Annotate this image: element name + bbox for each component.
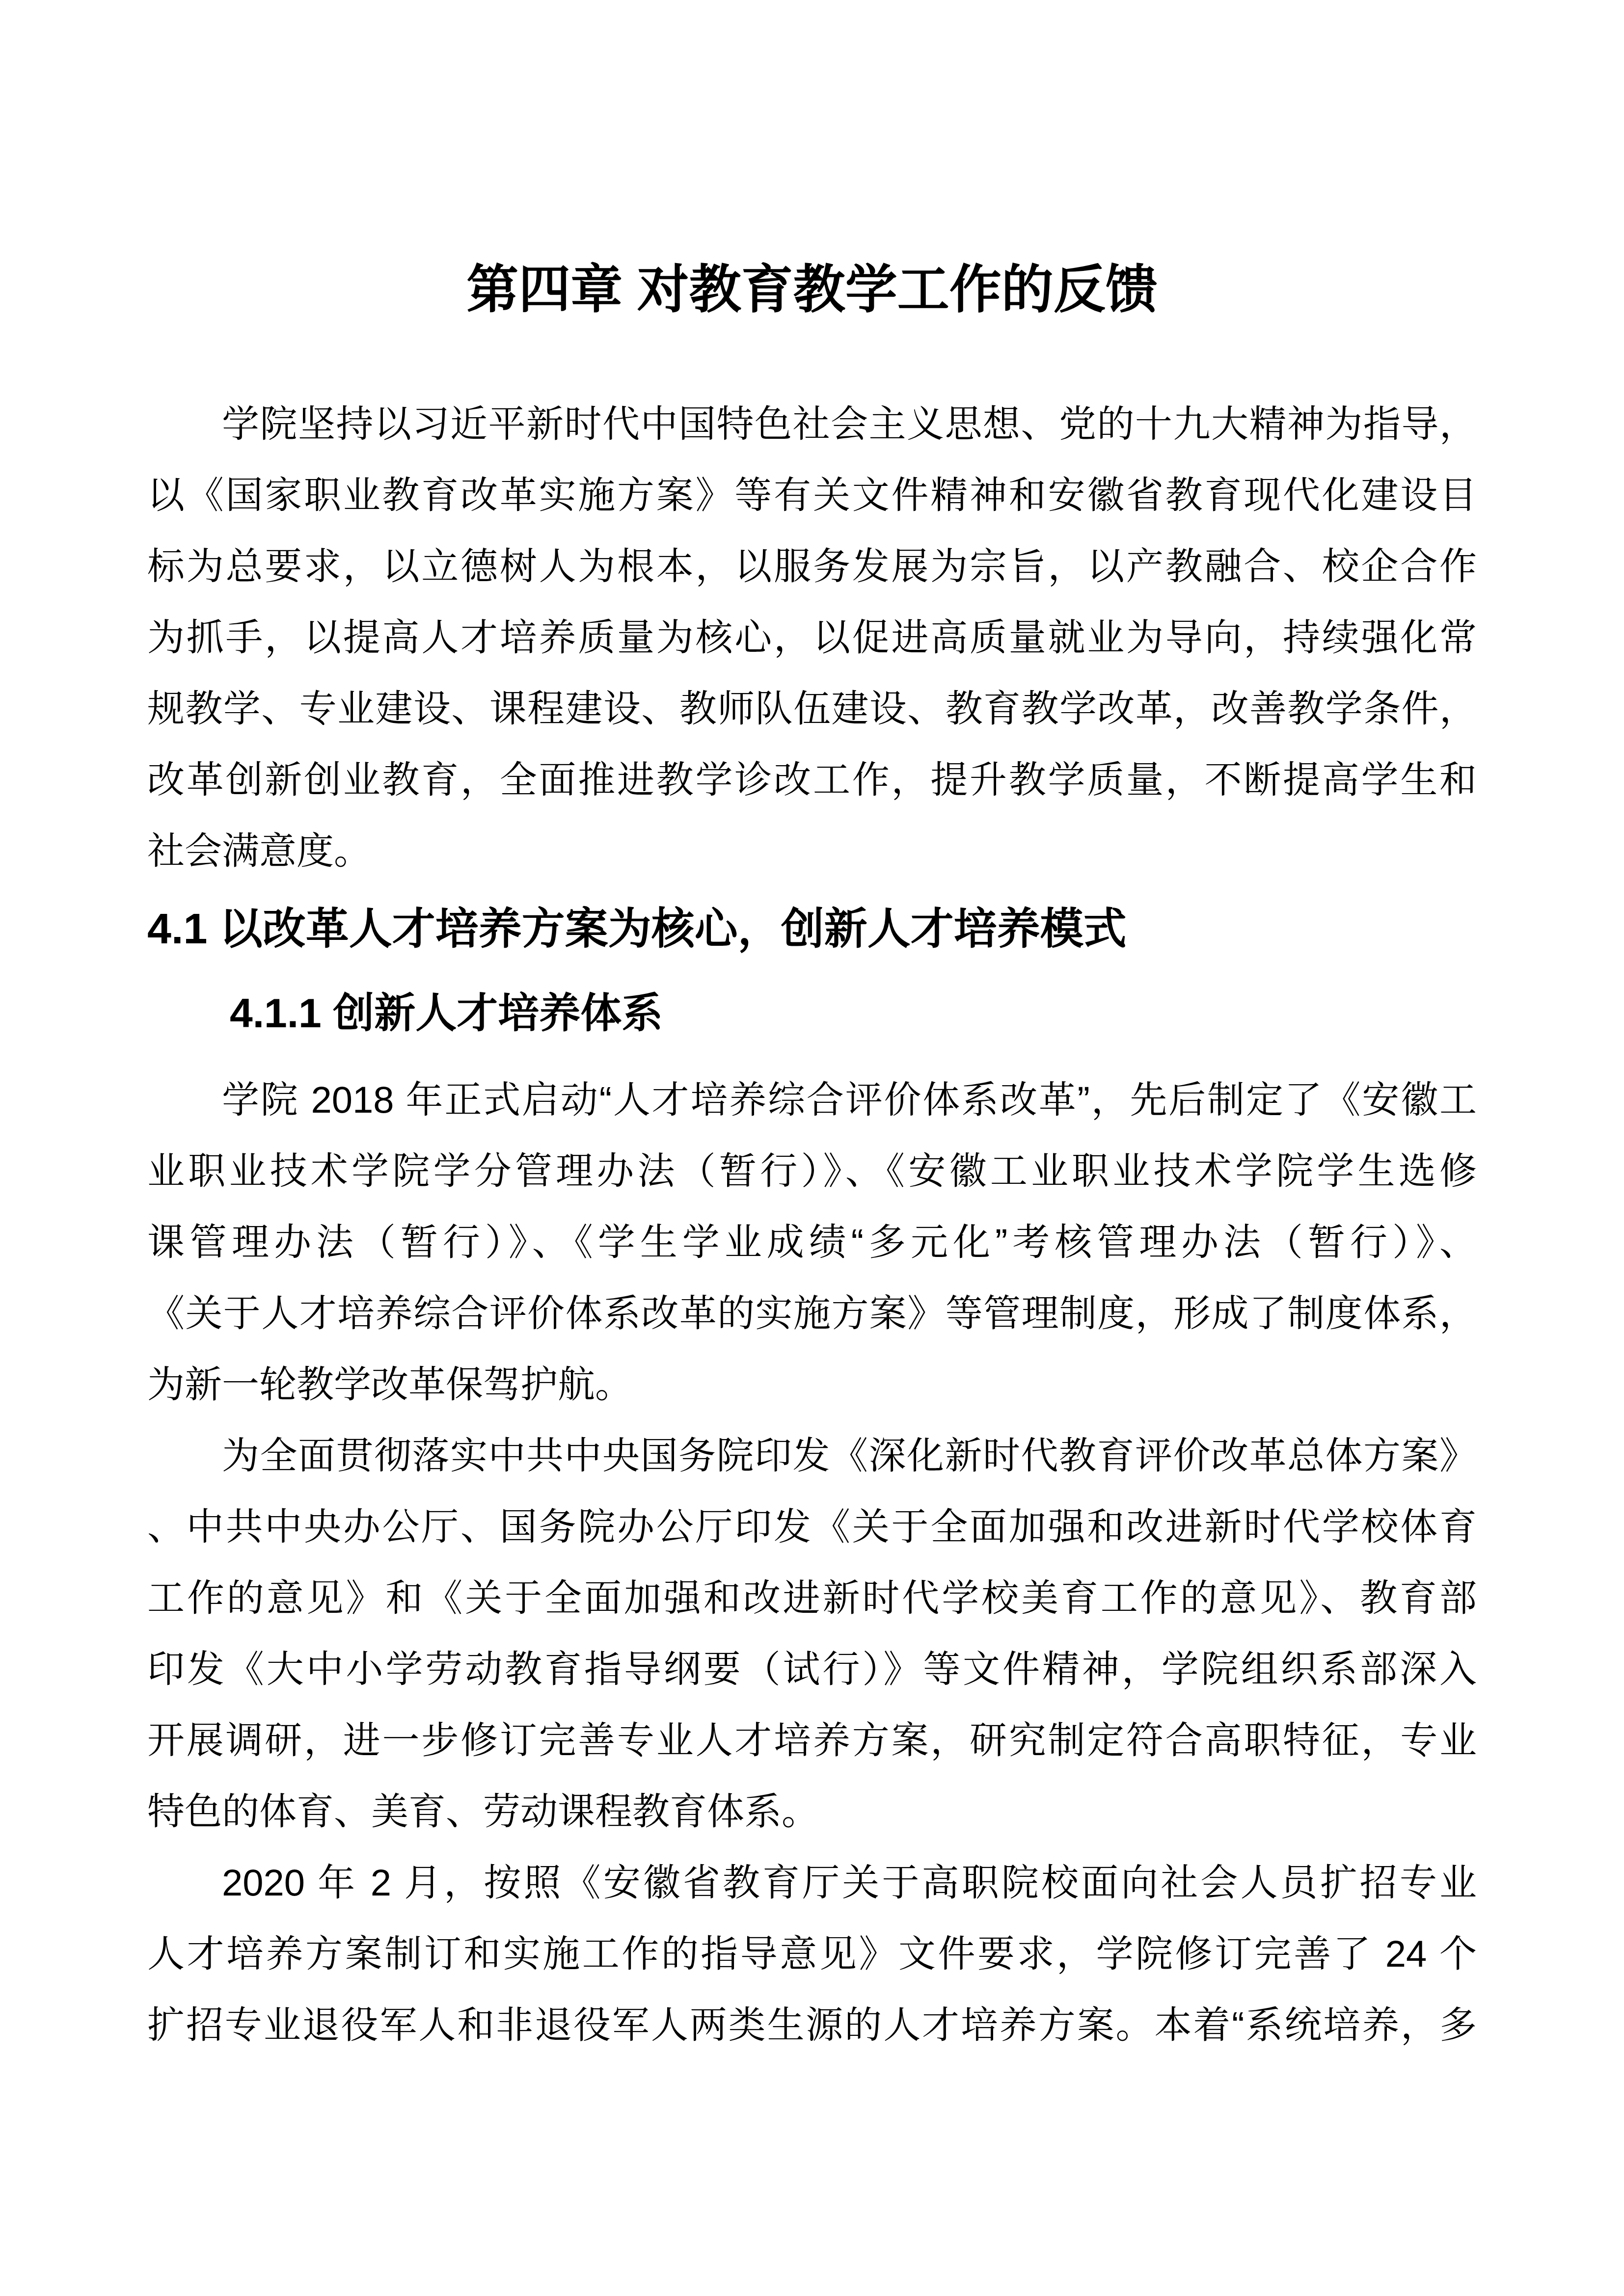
- p3-line-2: 、中共中央办公厅、国务院办公厅印发《关于全面加强和改进新时代学校体育: [147, 1492, 1477, 1563]
- chapter-title: 第四章 对教育教学工作的反馈: [147, 0, 1477, 334]
- p3-line-1: 为全面贯彻落实中共中央国务院印发《深化新时代教育评价改革总体方案》: [147, 1420, 1477, 1492]
- p1-line-2: 以《国家职业教育改革实施方案》等有关文件精神和安徽省教育现代化建设目: [147, 460, 1477, 531]
- p2-line-3: 课管理办法（暂行）》、《学生学业成绩“多元化”考核管理办法（暂行）》、: [147, 1207, 1477, 1278]
- p1-line-1: 学院坚持以习近平新时代中国特色社会主义思想、党的十九大精神为指导，: [147, 389, 1477, 460]
- p1-line-5: 规教学、专业建设、课程建设、教师队伍建设、教育教学改革，改善教学条件，: [147, 673, 1477, 745]
- p2-line-4: 《关于人才培养综合评价体系改革的实施方案》等管理制度，形成了制度体系，: [147, 1278, 1477, 1349]
- p3-line-5: 开展调研，进一步修订完善专业人才培养方案，研究制定符合高职特征，专业: [147, 1705, 1477, 1776]
- p2-line-1: 学院 2018 年正式启动“人才培养综合评价体系改革”，先后制定了《安徽工: [147, 1065, 1477, 1136]
- heading-4-1-1: 4.1.1 创新人才培养体系: [147, 976, 1477, 1050]
- paragraph-2: 学院 2018 年正式启动“人才培养综合评价体系改革”，先后制定了《安徽工 业职…: [147, 1065, 1477, 1420]
- paragraph-1: 学院坚持以习近平新时代中国特色社会主义思想、党的十九大精神为指导， 以《国家职业…: [147, 389, 1477, 887]
- p3-line-4: 印发《大中小学劳动教育指导纲要（试行）》等文件精神，学院组织系部深入: [147, 1634, 1477, 1705]
- p4-line-1: 2020 年 2 月，按照《安徽省教育厅关于高职院校面向社会人员扩招专业: [147, 1847, 1477, 1919]
- p1-line-4: 为抓手，以提高人才培养质量为核心，以促进高质量就业为导向，持续强化常: [147, 602, 1477, 673]
- p2-line-2: 业职业技术学院学分管理办法（暂行）》、《安徽工业职业技术学院学生选修: [147, 1136, 1477, 1207]
- p1-line-3: 标为总要求，以立德树人为根本，以服务发展为宗旨，以产教融合、校企合作: [147, 531, 1477, 602]
- p3-line-3: 工作的意见》和《关于全面加强和改进新时代学校美育工作的意见》、教育部: [147, 1563, 1477, 1634]
- p1-line-7: 社会满意度。: [147, 816, 1477, 887]
- heading-4-1: 4.1 以改革人才培养方案为核心，创新人才培养模式: [147, 892, 1477, 965]
- p4-line-2: 人才培养方案制订和实施工作的指导意见》文件要求，学院修订完善了 24 个: [147, 1919, 1477, 1990]
- p3-line-6: 特色的体育、美育、劳动课程教育体系。: [147, 1776, 1477, 1847]
- paragraph-4: 2020 年 2 月，按照《安徽省教育厅关于高职院校面向社会人员扩招专业 人才培…: [147, 1847, 1477, 2061]
- document-page: 第四章 对教育教学工作的反馈 学院坚持以习近平新时代中国特色社会主义思想、党的十…: [0, 0, 1624, 2296]
- p1-line-6: 改革创新创业教育，全面推进教学诊改工作，提升教学质量，不断提高学生和: [147, 745, 1477, 816]
- p2-line-5: 为新一轮教学改革保驾护航。: [147, 1349, 1477, 1420]
- p4-line-3: 扩招专业退役军人和非退役军人两类生源的人才培养方案。本着“系统培养，多: [147, 1990, 1477, 2061]
- paragraph-3: 为全面贯彻落实中共中央国务院印发《深化新时代教育评价改革总体方案》 、中共中央办…: [147, 1420, 1477, 1847]
